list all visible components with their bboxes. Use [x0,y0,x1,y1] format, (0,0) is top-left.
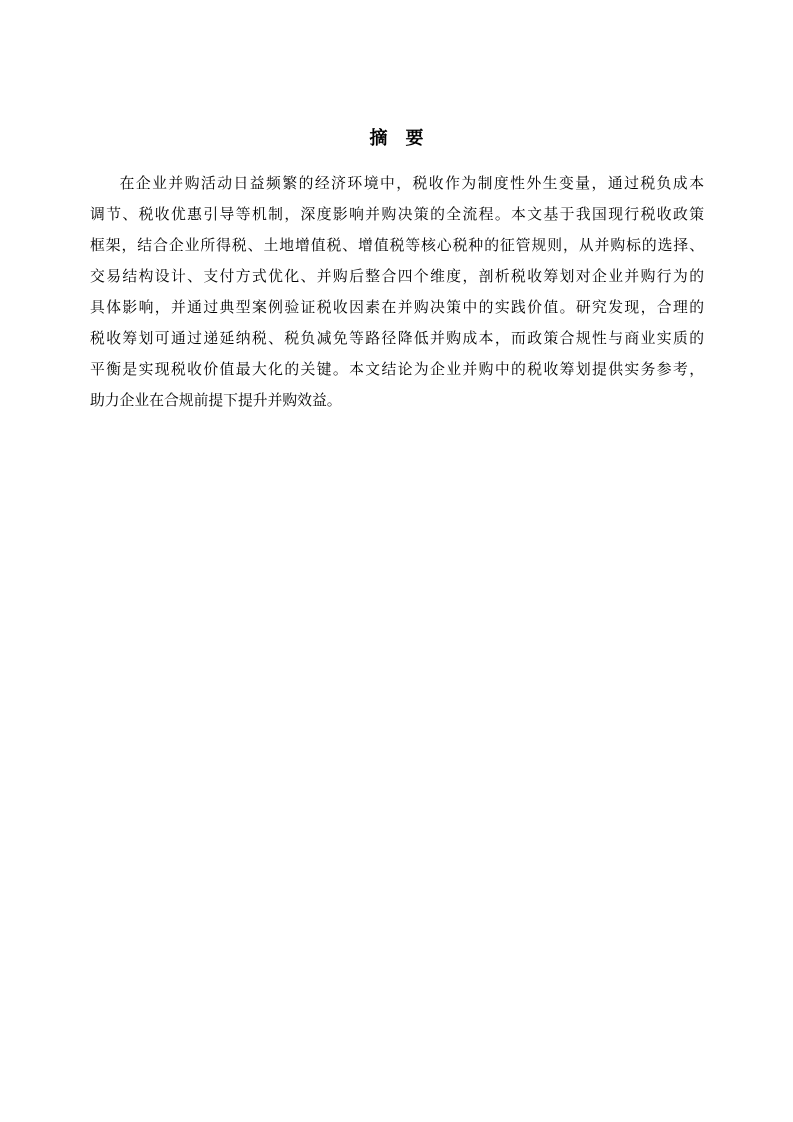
abstract-line: 交易结构设计、支付方式优化、并购后整合四个维度，剖析税收筹划对企业并购行为的 [90,262,704,293]
abstract-line: 在企业并购活动日益频繁的经济环境中，税收作为制度性外生变量，通过税负成本 [90,169,704,200]
abstract-title: 摘 要 [0,127,793,149]
abstract-line: 具体影响，并通过典型案例验证税收因素在并购决策中的实践价值。研究发现，合理的 [90,293,704,324]
abstract-line: 框架，结合企业所得税、土地增值税、增值税等核心税种的征管规则，从并购标的选择、 [90,231,704,262]
abstract-line: 平衡是实现税收价值最大化的关键。本文结论为企业并购中的税收筹划提供实务参考， [90,355,704,386]
abstract-line: 调节、税收优惠引导等机制，深度影响并购决策的全流程。本文基于我国现行税收政策 [90,200,704,231]
abstract-line: 税收筹划可通过递延纳税、税负减免等路径降低并购成本，而政策合规性与商业实质的 [90,324,704,355]
abstract-paragraph: 在企业并购活动日益频繁的经济环境中，税收作为制度性外生变量，通过税负成本 调节、… [90,169,704,417]
abstract-line: 助力企业在合规前提下提升并购效益。 [90,386,704,417]
document-page: 摘 要 在企业并购活动日益频繁的经济环境中，税收作为制度性外生变量，通过税负成本… [0,0,793,1122]
